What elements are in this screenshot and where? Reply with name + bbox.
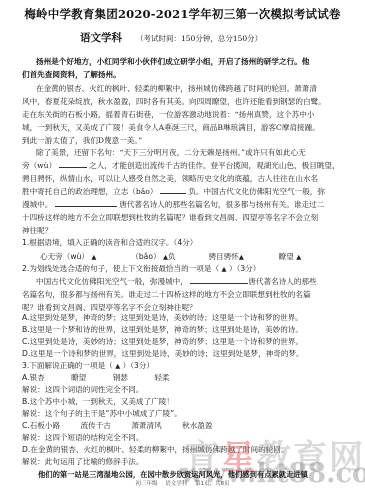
- question-1-stem: 1.根据语境，填入正确的读音和合适的汉字。（4分）: [22, 236, 345, 249]
- exam-time-note: （考试时间：150分钟，总分150分）: [136, 34, 262, 43]
- q2-stem-score: ）（3分）: [229, 264, 260, 273]
- q3-stem-score: ）（3分）: [123, 361, 154, 370]
- pinyin-bao: 胜中寄托自己的政治理想，立志（bǎo）: [22, 187, 157, 196]
- answer-marker-icon[interactable]: ▲: [91, 253, 96, 261]
- answer-marker-icon[interactable]: ▲: [222, 265, 227, 273]
- q2-stem-text: 2.为划线处选合适的句子，使上下文衔接最恰当的一项是（: [22, 264, 219, 273]
- q3-option-d-note: 解说：此句运用了比喻的修辞手法。: [22, 455, 345, 468]
- exam-page: 梅岭中学教育集团2020-2021学年初三第一次模拟考试试卷 语文学科（考试时间…: [0, 0, 365, 494]
- subject-label: 语文学科: [80, 32, 122, 44]
- q3-word: 秋水盈盈: [182, 421, 212, 430]
- passage-text: 漫城中。: [22, 200, 52, 209]
- passage-line: 旁（wù） 之人，才能创造出流传千古的佳作。登平台揽阅，观湖光山色，极目眺望，: [22, 159, 345, 172]
- footer-page: 第1页，共8页: [195, 481, 230, 487]
- q1-item-label: 瞭望: [279, 252, 294, 261]
- q1-item-label: 负: [168, 252, 176, 261]
- q3-stem-text: 3.下面解说正确的一项是（: [22, 361, 113, 370]
- q3-word: 钢瑟: [113, 373, 128, 382]
- q3-word: 流传千古: [81, 421, 111, 430]
- q3-word: 瞭望: [71, 373, 86, 382]
- footer-subject: 语文学科: [165, 481, 187, 487]
- blank-field[interactable]: [59, 160, 87, 168]
- footer-grade: 初三年级: [135, 481, 157, 487]
- q2-context-text: 唐代著名诗人的那些: [248, 277, 316, 286]
- q3-word: C.石板小路: [22, 421, 60, 430]
- q1-item-label: （bǎo）: [131, 252, 160, 261]
- blank-field[interactable]: [55, 199, 117, 207]
- q1-item-label: 骋目骋怀: [208, 252, 238, 261]
- passage-line: 城，一到秋天，又美成了广陵！美食令人A垂涎三尺，商品B琳琅满目，游客C摩肩接踵。: [22, 121, 345, 134]
- page-footer: 初三年级 语文学科 第1页，共8页: [0, 479, 365, 487]
- q1-item-label: 心无旁（wù）: [40, 252, 89, 261]
- passage-line: 除了美景，还留下名句：“天下三分明月夜，二分无赖是扬州。”或许只有如此心无: [36, 146, 345, 159]
- q3-word: 萧萧清风: [131, 421, 161, 430]
- exam-subtitle: 语文学科（考试时间：150分钟，总分150分）: [80, 30, 262, 45]
- passage-line: 在金黄的银杏、火红的枫叶、轻柔的柳絮中，扬州城仿佛跨越了时间的轮回。萧萧清: [36, 82, 345, 95]
- q2-context-line: 名篇名句，很多都与扬州有关。谁走过二十四桥这样的地方不会立即联想到杜牧的名篇: [22, 288, 345, 301]
- blank-field[interactable]: [190, 276, 248, 284]
- q3-word: A.银杏: [22, 373, 45, 382]
- question-2-stem: 2.为划线处选合适的句子，使上下文衔接最恰当的一项是（ ▲ ）（3分）: [22, 262, 345, 276]
- passage-line: 骋目骋怀，纵情山水，可以让人感受自然之美，领略历史文化的底蕴，古人往往在山水名: [22, 172, 345, 185]
- q2-context-line: 中国古代文化仿佛阳光空气一般，弥漫城中， 唐代著名诗人的那些: [36, 275, 345, 288]
- passage-text: 唐代著名诗人的那些名篇名句，很多都与扬州有关。谁走过二: [119, 200, 324, 209]
- blank-field[interactable]: [160, 186, 186, 194]
- intro-line-1: 扬州是个好地方，小红同学和小伙伴们成立研学小组，开启了扬州的研学之行。他: [36, 55, 345, 68]
- q2-context-text: 中国古代文化仿佛阳光空气一般，弥漫城中，: [36, 277, 188, 286]
- passage-line: 胜中寄托自己的政治理想，立志（bǎo） 负。中国古代文化仿佛阳光空气一般，弥: [22, 185, 345, 198]
- passage-text: 负。中国古代文化仿佛阳光空气一般，弥: [188, 187, 325, 196]
- answer-marker-icon[interactable]: ▲: [296, 253, 301, 261]
- passage-line: 漫城中。 唐代著名诗人的那些名篇名句，很多都与扬州有关。谁走过二: [22, 198, 345, 211]
- passage-text: 之人，才能创造出流传千古的佳作。登平台揽阅，观湖光山色，极目眺望，: [89, 161, 340, 170]
- intro-line-2: 们首先查阅资料，了解扬州。: [22, 68, 345, 81]
- answer-marker-icon[interactable]: ▲: [239, 253, 244, 261]
- passage-line: 十四桥这样的地方不会立即联想到杜牧的名篇呢？谁看到文昌阁、四望亭等名字不会立刻: [22, 211, 345, 224]
- q3-word: 轻柔: [154, 373, 169, 382]
- passage-line: 风中，春夏花朵绽放，秋水盈盈，四时各有其美。向四周瞭望，也许还能看到钢瑟的白鹭。: [22, 95, 345, 108]
- exam-title: 梅岭中学教育集团2020-2021学年初三第一次模拟考试试卷: [0, 6, 365, 22]
- pinyin-wu: 旁（wù）: [22, 161, 56, 170]
- answer-marker-icon[interactable]: ▲: [115, 362, 120, 370]
- passage-line: 走在东关街的石板小路，摇着青石街巷，一位游客激动地说着：“扬州真赞，这个苏中小: [22, 108, 345, 121]
